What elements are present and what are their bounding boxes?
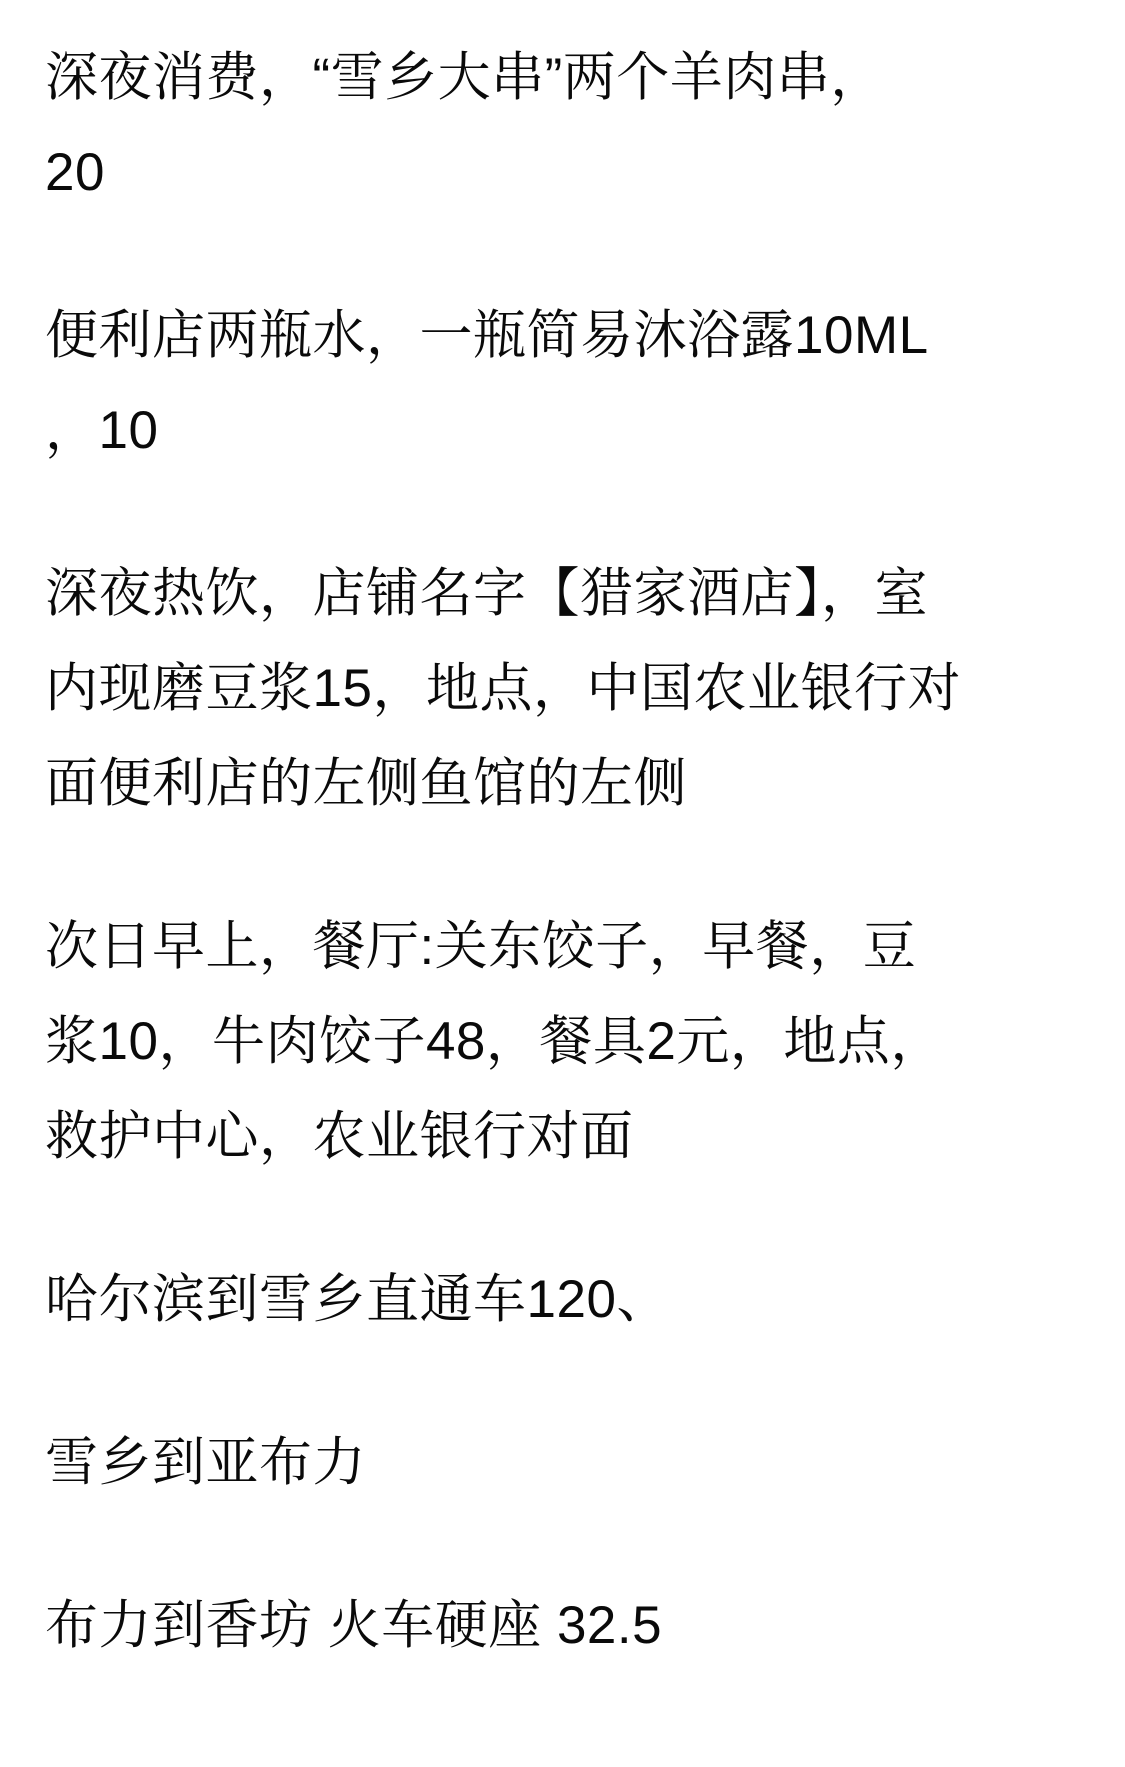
paragraph-harbin-to-xuexiang-bus: 哈尔滨到雪乡直通车120、: [45, 1252, 1087, 1347]
text-line: 布力到香坊 火车硬座 32.5: [45, 1578, 1087, 1673]
paragraph-convenience-store: 便利店两瓶水，一瓶简易沐浴露10ML ，10: [45, 288, 1087, 478]
text-line: 哈尔滨到雪乡直通车120、: [45, 1252, 1087, 1347]
text-line: 救护中心，农业银行对面: [45, 1089, 1087, 1184]
text-line: ，10: [45, 383, 1087, 478]
paragraph-xuexiang-to-yabuli: 雪乡到亚布力: [45, 1415, 1087, 1510]
paragraph-late-night-skewers: 深夜消费，“雪乡大串”两个羊肉串， 20: [45, 30, 1087, 220]
text-line: 面便利店的左侧鱼馆的左侧: [45, 736, 1087, 831]
paragraph-hot-drink-hunter-hotel: 深夜热饮，店铺名字【猎家酒店】，室 内现磨豆浆15，地点，中国农业银行对 面便利…: [45, 546, 1087, 831]
text-line: 次日早上，餐厅:关东饺子，早餐，豆: [45, 899, 1087, 994]
paragraph-next-morning-breakfast: 次日早上，餐厅:关东饺子，早餐，豆 浆10，牛肉饺子48，餐具2元，地点， 救护…: [45, 899, 1087, 1184]
note-page: 深夜消费，“雪乡大串”两个羊肉串， 20 便利店两瓶水，一瓶简易沐浴露10ML …: [0, 0, 1125, 1767]
text-line: 深夜热饮，店铺名字【猎家酒店】，室: [45, 546, 1087, 641]
text-line: 内现磨豆浆15，地点，中国农业银行对: [45, 641, 1087, 736]
text-line: 20: [45, 125, 1087, 220]
text-line: 雪乡到亚布力: [45, 1415, 1087, 1510]
screenshot-root: { "page": { "background_color": "#ffffff…: [0, 0, 1125, 1767]
text-line: 便利店两瓶水，一瓶简易沐浴露10ML: [45, 288, 1087, 383]
text-line: 浆10，牛肉饺子48，餐具2元，地点，: [45, 994, 1087, 1089]
paragraph-yabuli-to-xiangfang-train: 布力到香坊 火车硬座 32.5: [45, 1578, 1087, 1673]
text-line: 深夜消费，“雪乡大串”两个羊肉串，: [45, 30, 1087, 125]
